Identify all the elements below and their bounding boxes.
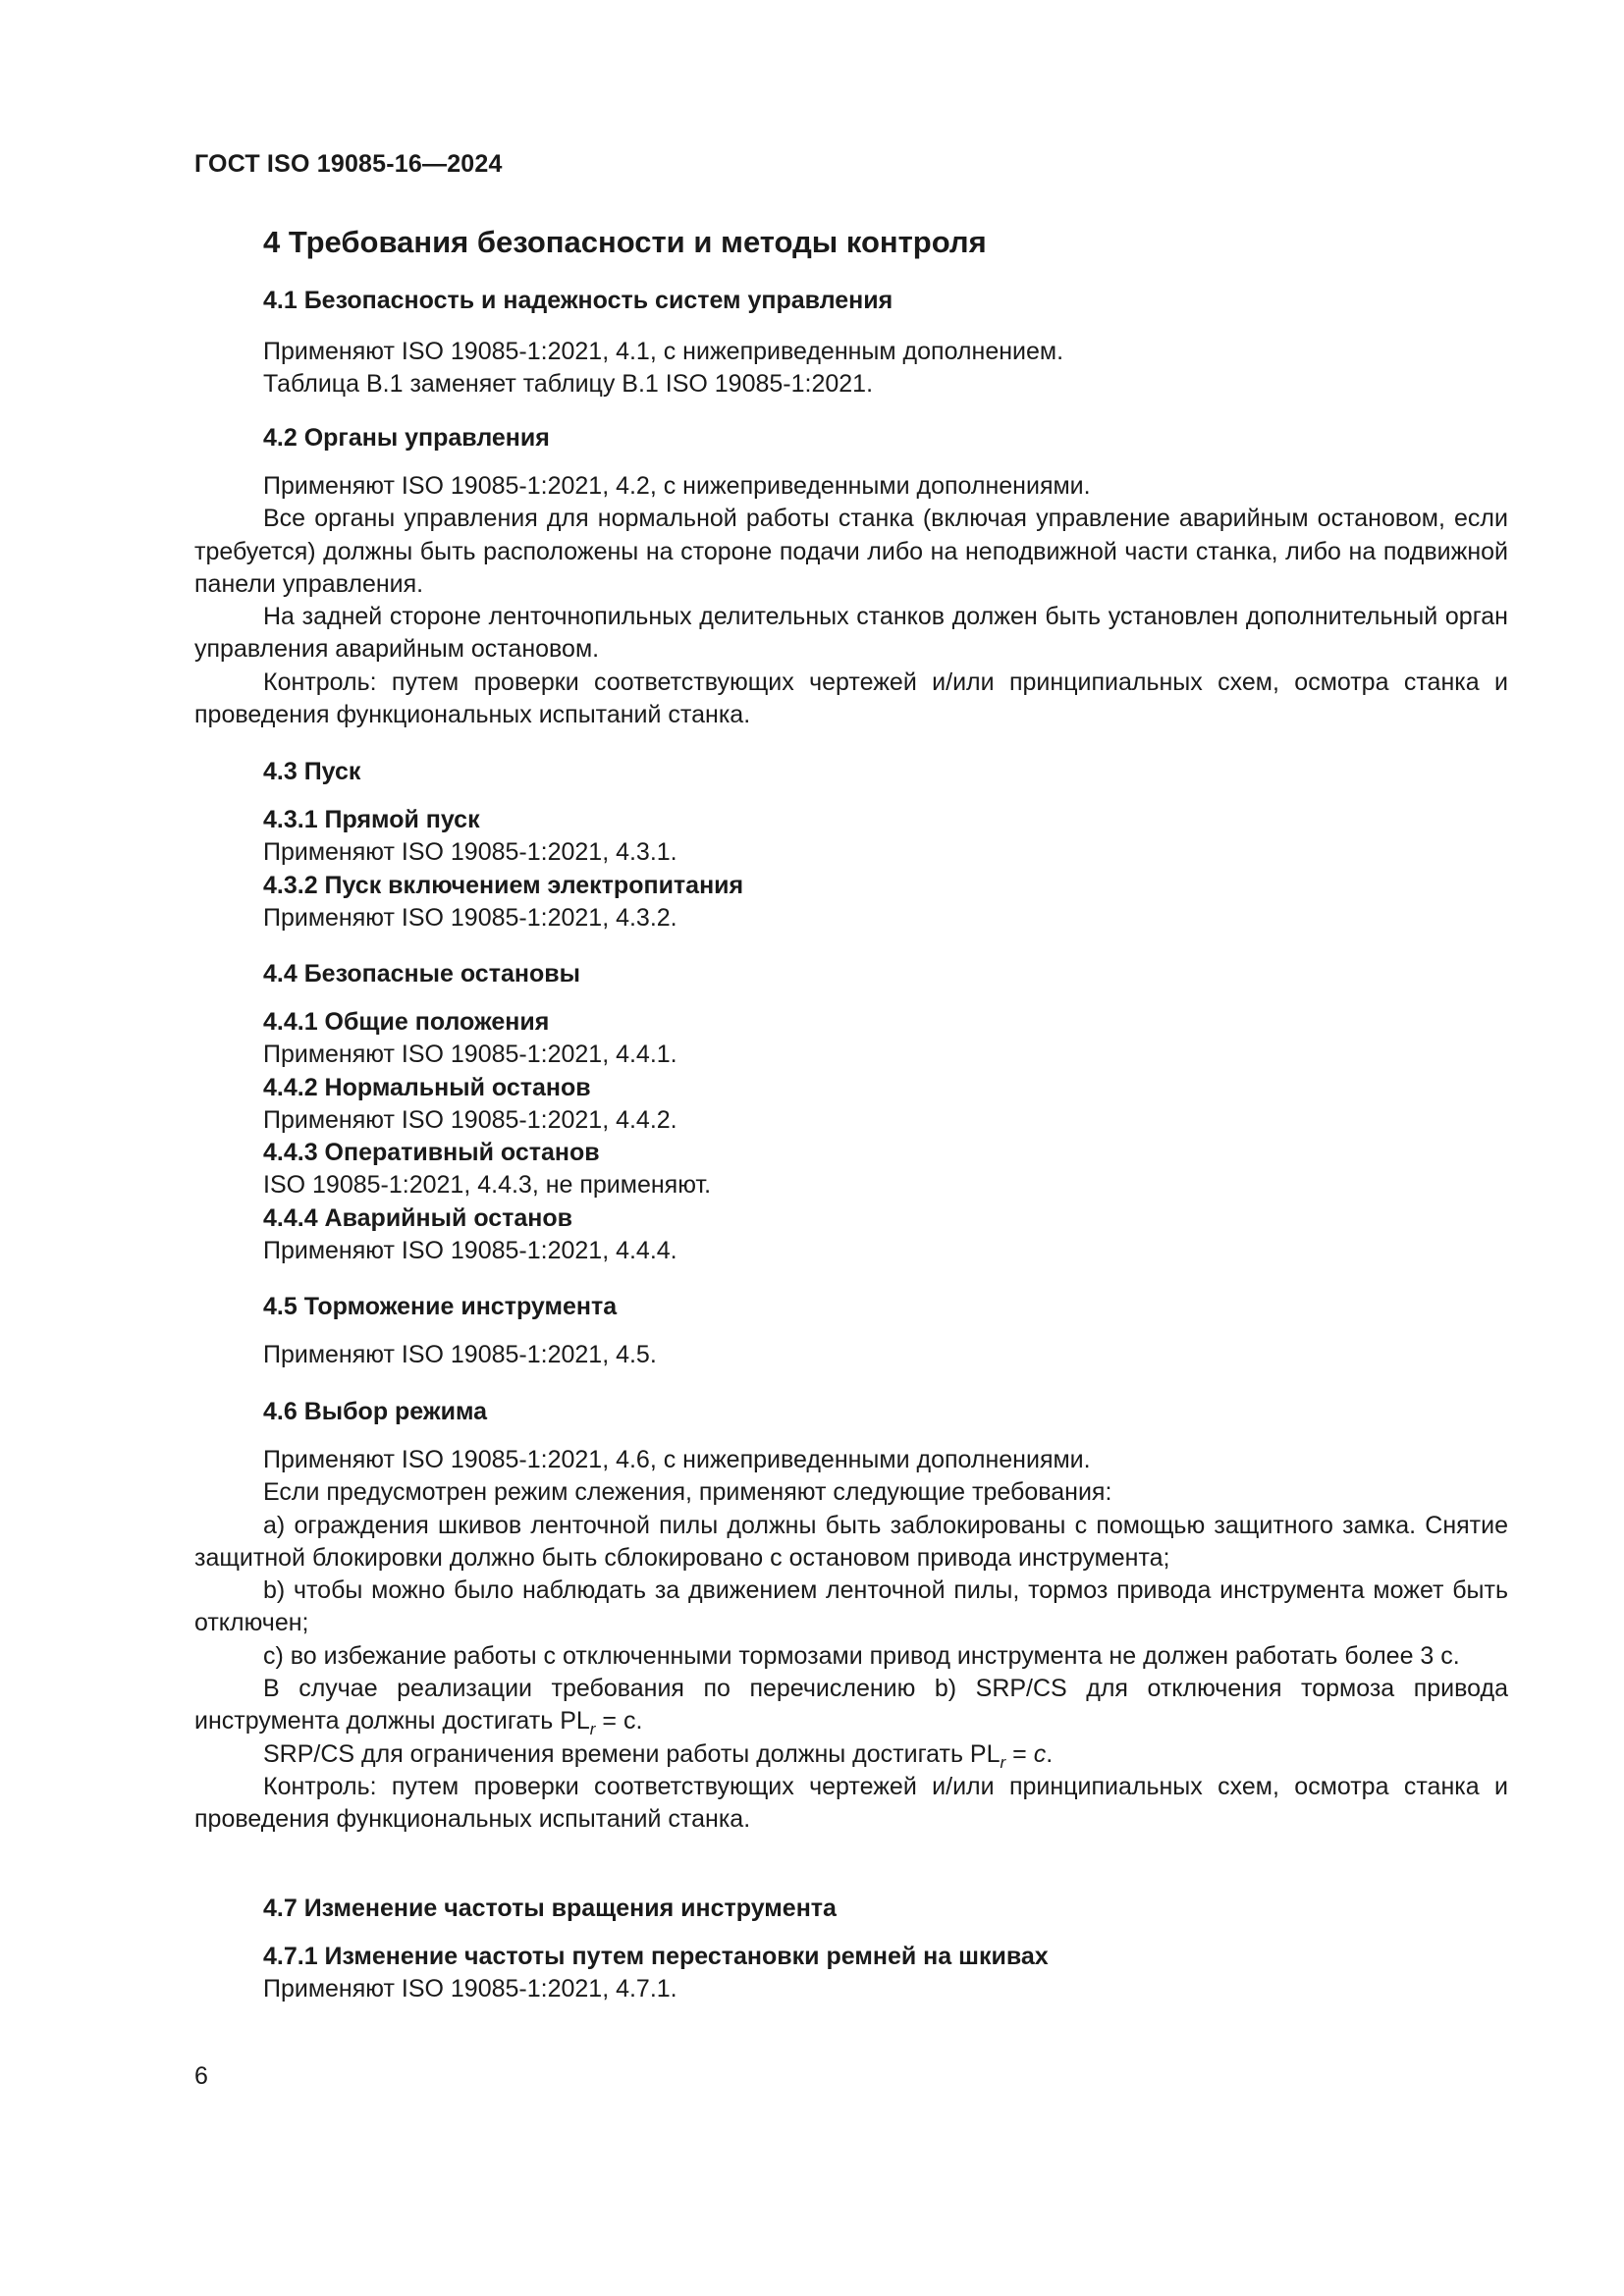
section-4-2-body: Применяют ISO 19085-1:2021, 4.2, с нижеп… xyxy=(194,470,1508,731)
paragraph: Применяют ISO 19085-1:2021, 4.6, с нижеп… xyxy=(194,1444,1508,1476)
list-item-b: b) чтобы можно было наблюдать за движени… xyxy=(194,1575,1508,1640)
brake-requirement-paragraph: В случае реализации требования по перечи… xyxy=(194,1673,1508,1738)
subsection-title: 4.3.2 Пуск включением электропитания xyxy=(194,870,1508,902)
section-4-6-body: Применяют ISO 19085-1:2021, 4.6, с нижеп… xyxy=(194,1444,1508,1837)
subsection-title: 4.3.1 Прямой пуск xyxy=(194,804,1508,836)
body-line: Применяют ISO 19085-1:2021, 4.4.2. xyxy=(194,1104,1508,1137)
section-4-title: 4 Требования безопасности и методы контр… xyxy=(194,225,1577,260)
paragraph: Если предусмотрен режим слежения, примен… xyxy=(194,1476,1508,1509)
list-item-c: c) во избежание работы с отключенными то… xyxy=(194,1640,1508,1673)
paragraph: Все органы управления для нормальной раб… xyxy=(194,503,1508,601)
section-4-7-body: 4.7.1 Изменение частоты путем перестанов… xyxy=(194,1941,1508,2006)
subsection-title: 4.4.2 Нормальный останов xyxy=(194,1072,1508,1104)
paragraph: Применяют ISO 19085-1:2021, 4.2, с нижеп… xyxy=(194,470,1508,503)
subsection-title: 4.7.1 Изменение частоты путем перестанов… xyxy=(194,1941,1508,1973)
page-number: 6 xyxy=(194,2061,208,2091)
time-requirement-paragraph: SRP/CS для ограничения времени работы до… xyxy=(194,1738,1508,1771)
section-4-1-title: 4.1 Безопасность и надежность систем упр… xyxy=(194,285,1577,317)
section-4-3-body: 4.3.1 Прямой пуск Применяют ISO 19085-1:… xyxy=(194,804,1508,934)
body-line: Применяют ISO 19085-1:2021, 4.3.2. xyxy=(194,902,1508,934)
document-code-header: ГОСТ ISO 19085-16—2024 xyxy=(194,149,503,179)
time-requirement-eq: = xyxy=(1005,1740,1034,1768)
body-line: Таблица В.1 заменяет таблицу В.1 ISO 190… xyxy=(194,368,1508,400)
body-line: Применяют ISO 19085-1:2021, 4.1, с нижеп… xyxy=(194,336,1508,368)
body-line: Применяют ISO 19085-1:2021, 4.7.1. xyxy=(194,1973,1508,2005)
body-line: Применяют ISO 19085-1:2021, 4.4.4. xyxy=(194,1235,1508,1267)
body-line: Применяют ISO 19085-1:2021, 4.4.1. xyxy=(194,1039,1508,1071)
time-requirement-text: SRP/CS для ограничения времени работы до… xyxy=(263,1740,1001,1768)
section-4-6-title: 4.6 Выбор режима xyxy=(194,1396,1577,1428)
subsection-title: 4.4.1 Общие положения xyxy=(194,1006,1508,1039)
subsection-title: 4.4.3 Оперативный останов xyxy=(194,1137,1508,1169)
brake-requirement-tail: = c. xyxy=(595,1707,642,1735)
time-requirement-value: c xyxy=(1034,1740,1047,1768)
body-line: Применяют ISO 19085-1:2021, 4.3.1. xyxy=(194,836,1508,869)
section-4-5-body: Применяют ISO 19085-1:2021, 4.5. xyxy=(194,1339,1508,1371)
section-4-4-body: 4.4.1 Общие положения Применяют ISO 1908… xyxy=(194,1006,1508,1267)
section-4-5-title: 4.5 Торможение инструмента xyxy=(194,1291,1577,1323)
time-requirement-end: . xyxy=(1046,1740,1053,1768)
paragraph: Контроль: путем проверки соответствующих… xyxy=(194,667,1508,732)
subsection-title: 4.4.4 Аварийный останов xyxy=(194,1202,1508,1235)
brake-requirement-text: В случае реализации требования по перечи… xyxy=(194,1675,1508,1735)
body-line: ISO 19085-1:2021, 4.4.3, не применяют. xyxy=(194,1169,1508,1201)
body-line: Применяют ISO 19085-1:2021, 4.5. xyxy=(194,1339,1508,1371)
list-item-a: a) ограждения шкивов ленточной пилы долж… xyxy=(194,1510,1508,1575)
section-4-7-title: 4.7 Изменение частоты вращения инструмен… xyxy=(194,1893,1577,1925)
section-4-1-body: Применяют ISO 19085-1:2021, 4.1, с нижеп… xyxy=(194,336,1508,401)
section-4-3-title: 4.3 Пуск xyxy=(194,756,1577,788)
paragraph: Контроль: путем проверки соответствующих… xyxy=(194,1771,1508,1837)
section-4-4-title: 4.4 Безопасные остановы xyxy=(194,958,1577,990)
document-page: ГОСТ ISO 19085-16—2024 4 Требования безо… xyxy=(0,0,1624,2296)
paragraph: На задней стороне ленточнопильных делите… xyxy=(194,601,1508,667)
section-4-2-title: 4.2 Органы управления xyxy=(194,422,1577,454)
